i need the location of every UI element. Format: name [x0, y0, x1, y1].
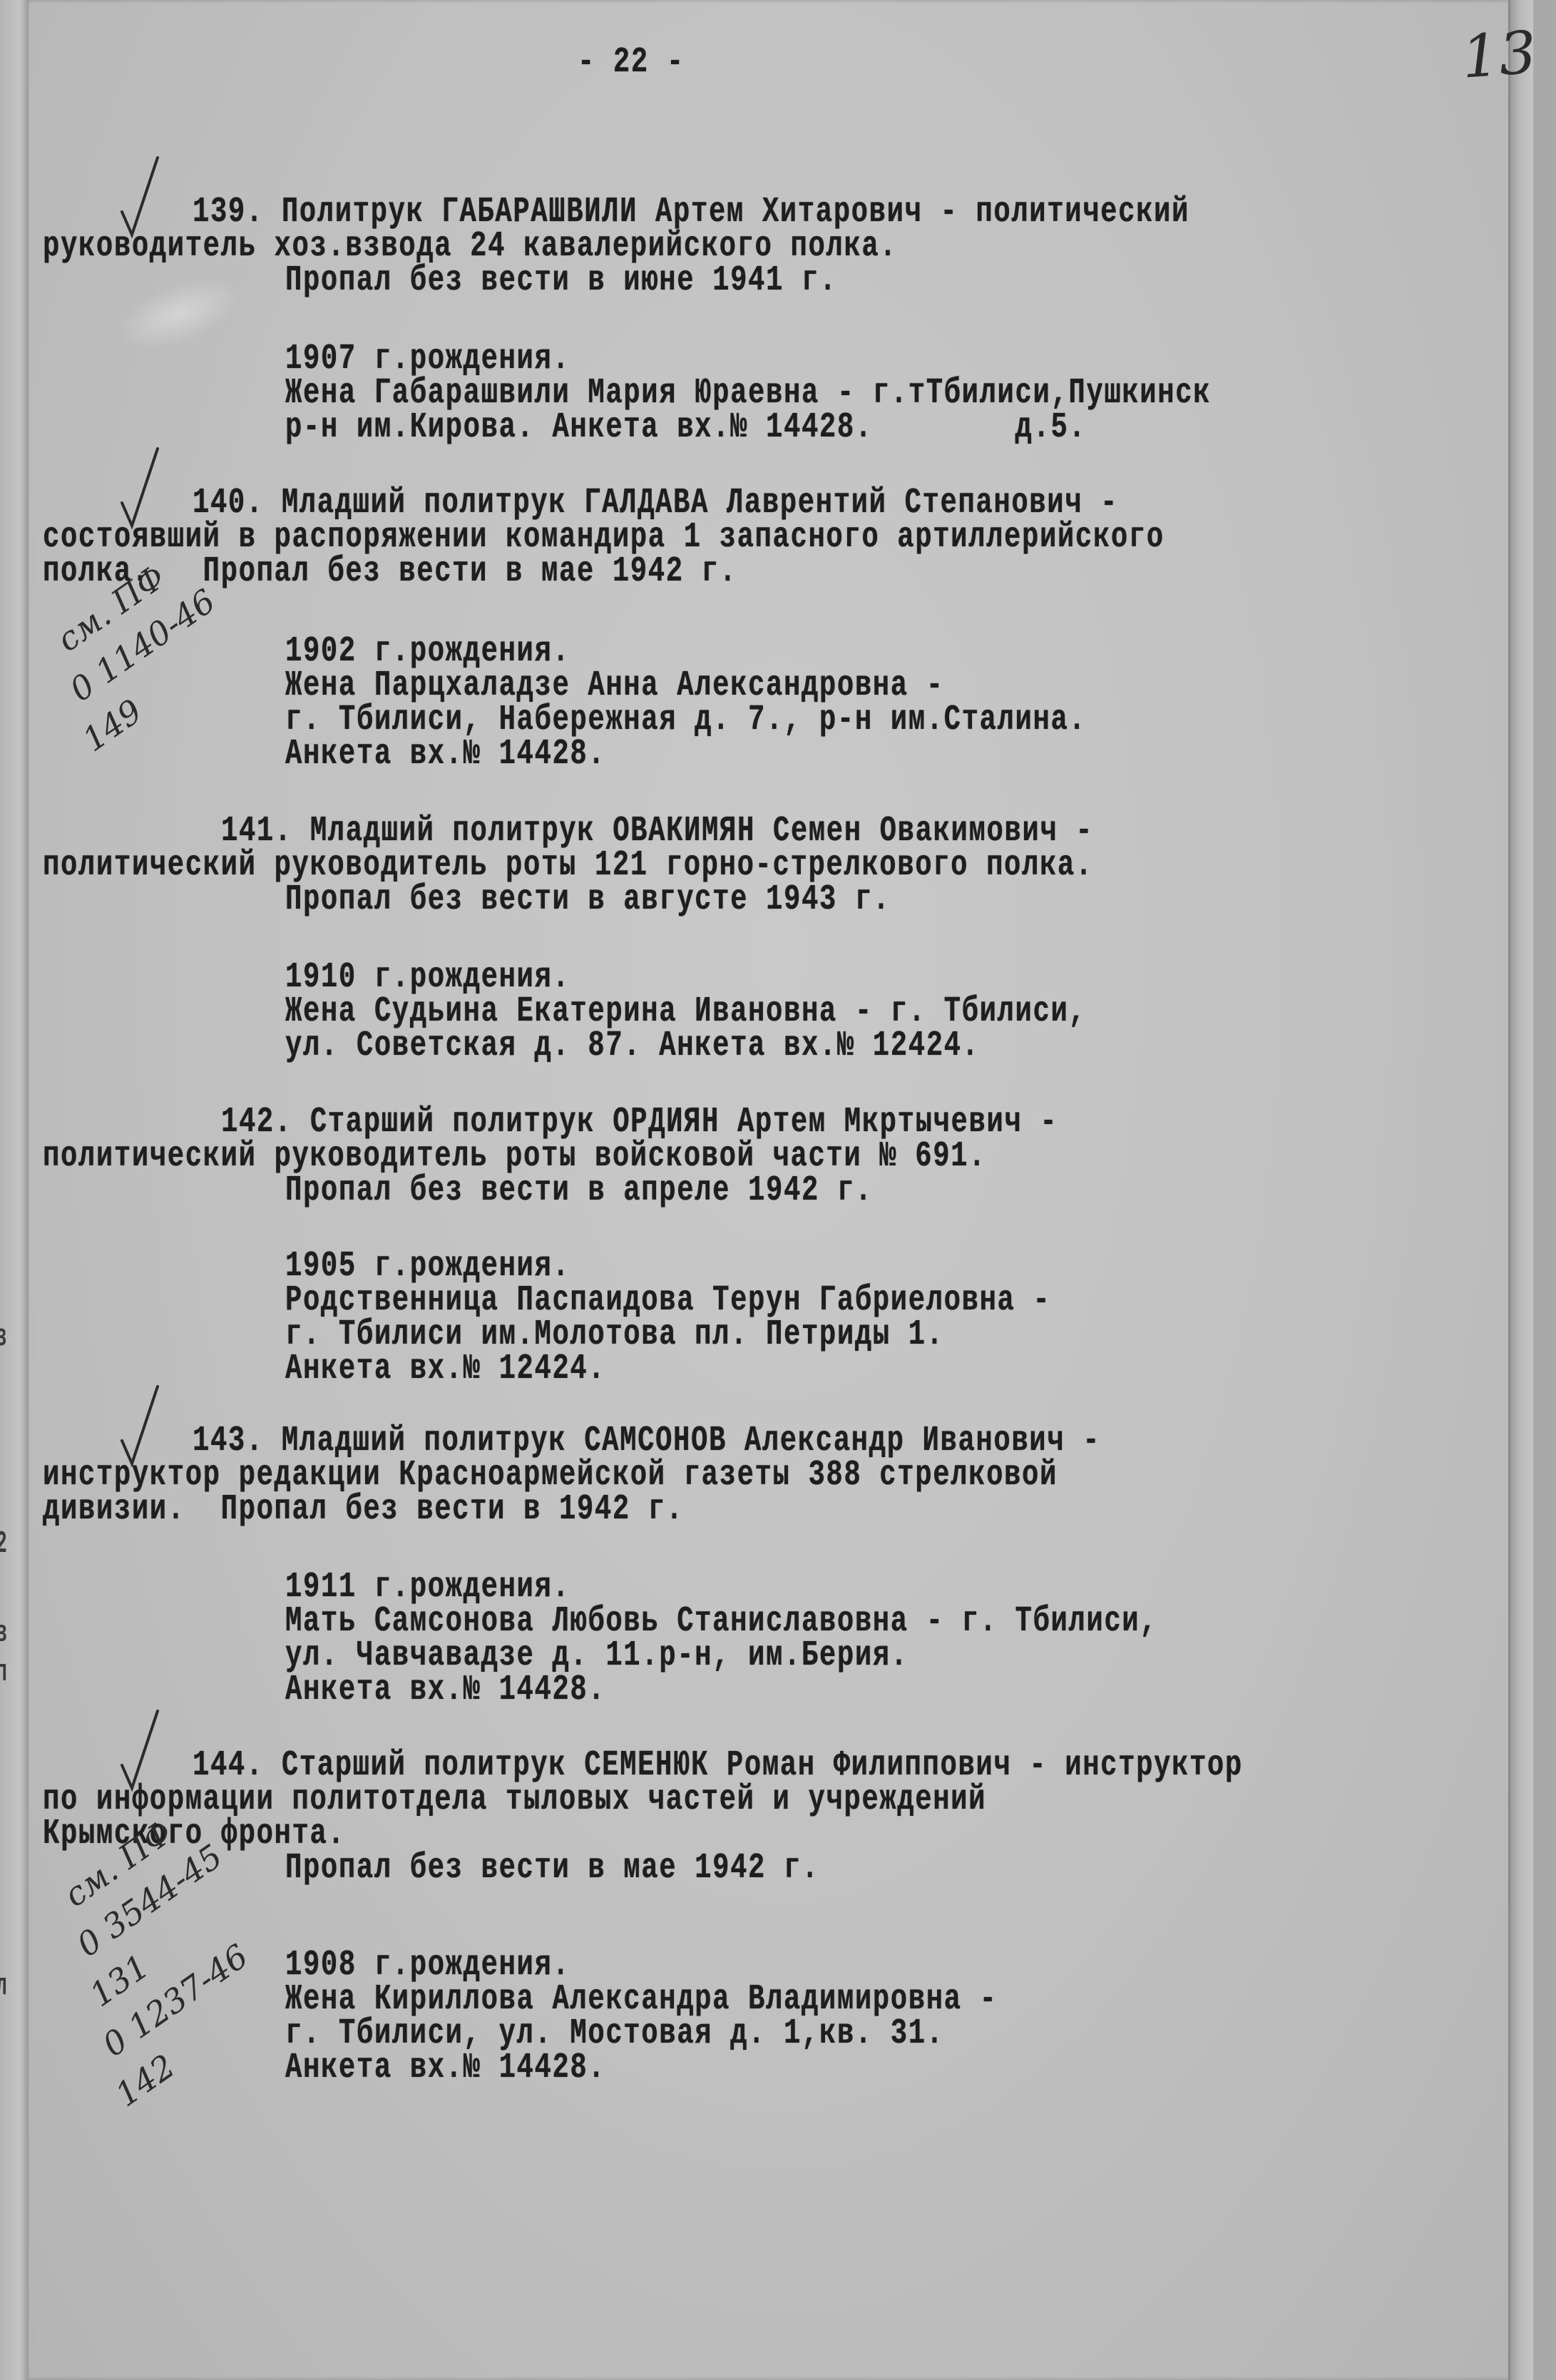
record-line: Пропал без вести в июне 1941 г.: [285, 262, 837, 300]
record-detail-line: ул. Советская д. 87. Анкета вх.№ 12424.: [285, 1028, 980, 1065]
underlying-page-edge: з 2 в п л: [0, 0, 29, 2380]
page-right-edge: [1508, 0, 1533, 2380]
page-number: - 22 -: [578, 44, 685, 81]
record-detail-line: р-н им.Кирова. Анкета вх.№ 14428. д.5.: [285, 409, 1086, 446]
check-mark-icon: [118, 446, 160, 531]
check-mark-icon: [118, 1708, 160, 1794]
record-line: Пропал без вести в мае 1942 г.: [285, 1850, 819, 1887]
record-line: дивизии. Пропал без вести в 1942 г.: [43, 1491, 684, 1528]
record-detail-line: Анкета вх.№ 14428.: [285, 1672, 605, 1709]
record-line: Пропал без вести в августе 1943 г.: [285, 882, 891, 919]
document-page: - 22 - 13 139. Политрук ГАБАРАШВИЛИ Арте…: [29, 0, 1533, 2380]
sheet-number-handwritten: 13: [1460, 19, 1539, 91]
record-detail-line: Анкета вх.№ 12424.: [285, 1351, 605, 1388]
record-detail-line: Анкета вх.№ 14428.: [285, 736, 605, 773]
faded-stamp: [108, 265, 249, 363]
check-mark-icon: [118, 1384, 160, 1469]
check-mark-icon: [118, 155, 160, 240]
record-line: Пропал без вести в апреле 1942 г.: [285, 1173, 873, 1210]
record-detail-line: Анкета вх.№ 14428.: [285, 2050, 605, 2087]
